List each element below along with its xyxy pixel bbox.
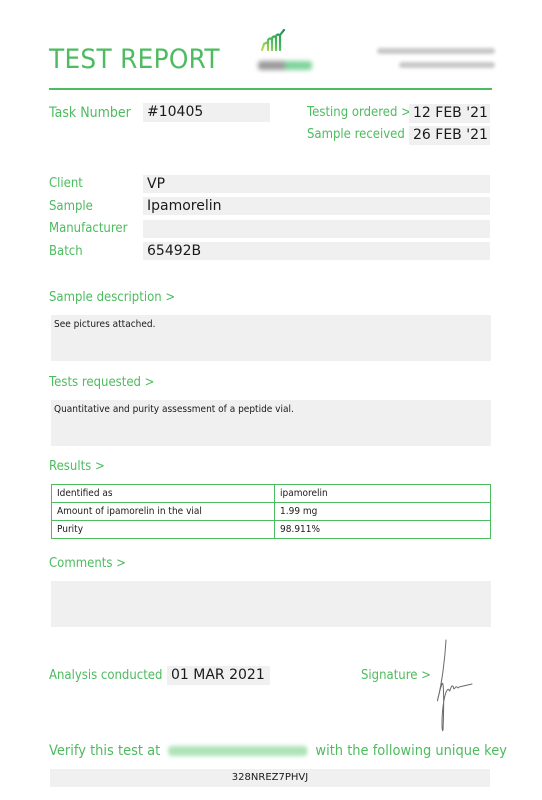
- testing-ordered-label: Testing ordered >: [307, 105, 411, 120]
- result-value: ipamorelin: [280, 488, 328, 499]
- result-value: 98.911%: [280, 524, 320, 535]
- batch-value: 65492B: [143, 242, 490, 260]
- tests-requested-text: Quantitative and purity assessment of a …: [54, 404, 294, 415]
- manufacturer-label: Manufacturer: [49, 221, 127, 236]
- task-number-value: #10405: [143, 103, 270, 122]
- analysis-conducted-value: 01 MAR 2021: [167, 666, 270, 685]
- testing-ordered-value: 12 FEB '21: [409, 104, 490, 123]
- sample-description-text: See pictures attached.: [54, 319, 155, 330]
- contact-email-blurred: [377, 48, 495, 54]
- tests-requested-title: Tests requested >: [49, 375, 154, 390]
- result-name-cell: Identified as: [52, 485, 275, 503]
- contact-info-blurred: [375, 48, 495, 68]
- header-divider: [49, 88, 492, 90]
- sample-description-title: Sample description >: [49, 290, 175, 305]
- result-value-cell: 1.99 mg: [275, 503, 491, 521]
- result-name: Amount of ipamorelin in the vial: [57, 506, 202, 517]
- batch-label: Batch: [49, 244, 83, 259]
- sample-label: Sample: [49, 199, 93, 214]
- client-label: Client: [49, 176, 83, 191]
- verify-url-blurred[interactable]: [168, 746, 308, 756]
- signature-label: Signature >: [361, 668, 431, 683]
- result-name: Purity: [57, 524, 83, 535]
- company-logo: [254, 28, 316, 76]
- signature-icon: [432, 638, 482, 734]
- tests-requested-box: Quantitative and purity assessment of a …: [51, 400, 491, 446]
- results-title: Results >: [49, 459, 105, 474]
- unique-key: 328NREZ7PHVJ: [50, 769, 490, 787]
- sample-received-label: Sample received >: [307, 127, 418, 142]
- result-name-cell: Amount of ipamorelin in the vial: [52, 503, 275, 521]
- comments-box: [51, 581, 491, 627]
- results-table: Identified as ipamorelin Amount of ipamo…: [51, 484, 491, 539]
- contact-web-blurred: [399, 62, 495, 68]
- result-value: 1.99 mg: [280, 506, 317, 517]
- table-row: Identified as ipamorelin: [52, 485, 491, 503]
- task-number-label: Task Number: [49, 105, 131, 121]
- result-value-cell: 98.911%: [275, 521, 491, 539]
- verify-suffix: with the following unique key: [315, 743, 507, 759]
- table-row: Amount of ipamorelin in the vial 1.99 mg: [52, 503, 491, 521]
- comments-title: Comments >: [49, 556, 126, 571]
- result-name: Identified as: [57, 488, 113, 499]
- sample-value: Ipamorelin: [143, 197, 490, 215]
- bar-chart-buildings-logo-icon: [254, 28, 316, 62]
- analysis-conducted-label: Analysis conducted >: [49, 668, 176, 683]
- sample-received-value: 26 FEB '21: [409, 126, 490, 145]
- result-value-cell: ipamorelin: [275, 485, 491, 503]
- client-value: VP: [143, 175, 490, 193]
- verify-line: Verify this test at with the following u…: [49, 743, 507, 759]
- table-row: Purity 98.911%: [52, 521, 491, 539]
- result-name-cell: Purity: [52, 521, 275, 539]
- sample-description-box: See pictures attached.: [51, 315, 491, 361]
- manufacturer-value: [143, 220, 490, 238]
- report-title: TEST REPORT: [49, 44, 220, 75]
- company-name-blurred: [258, 61, 312, 70]
- verify-prefix: Verify this test at: [49, 743, 160, 759]
